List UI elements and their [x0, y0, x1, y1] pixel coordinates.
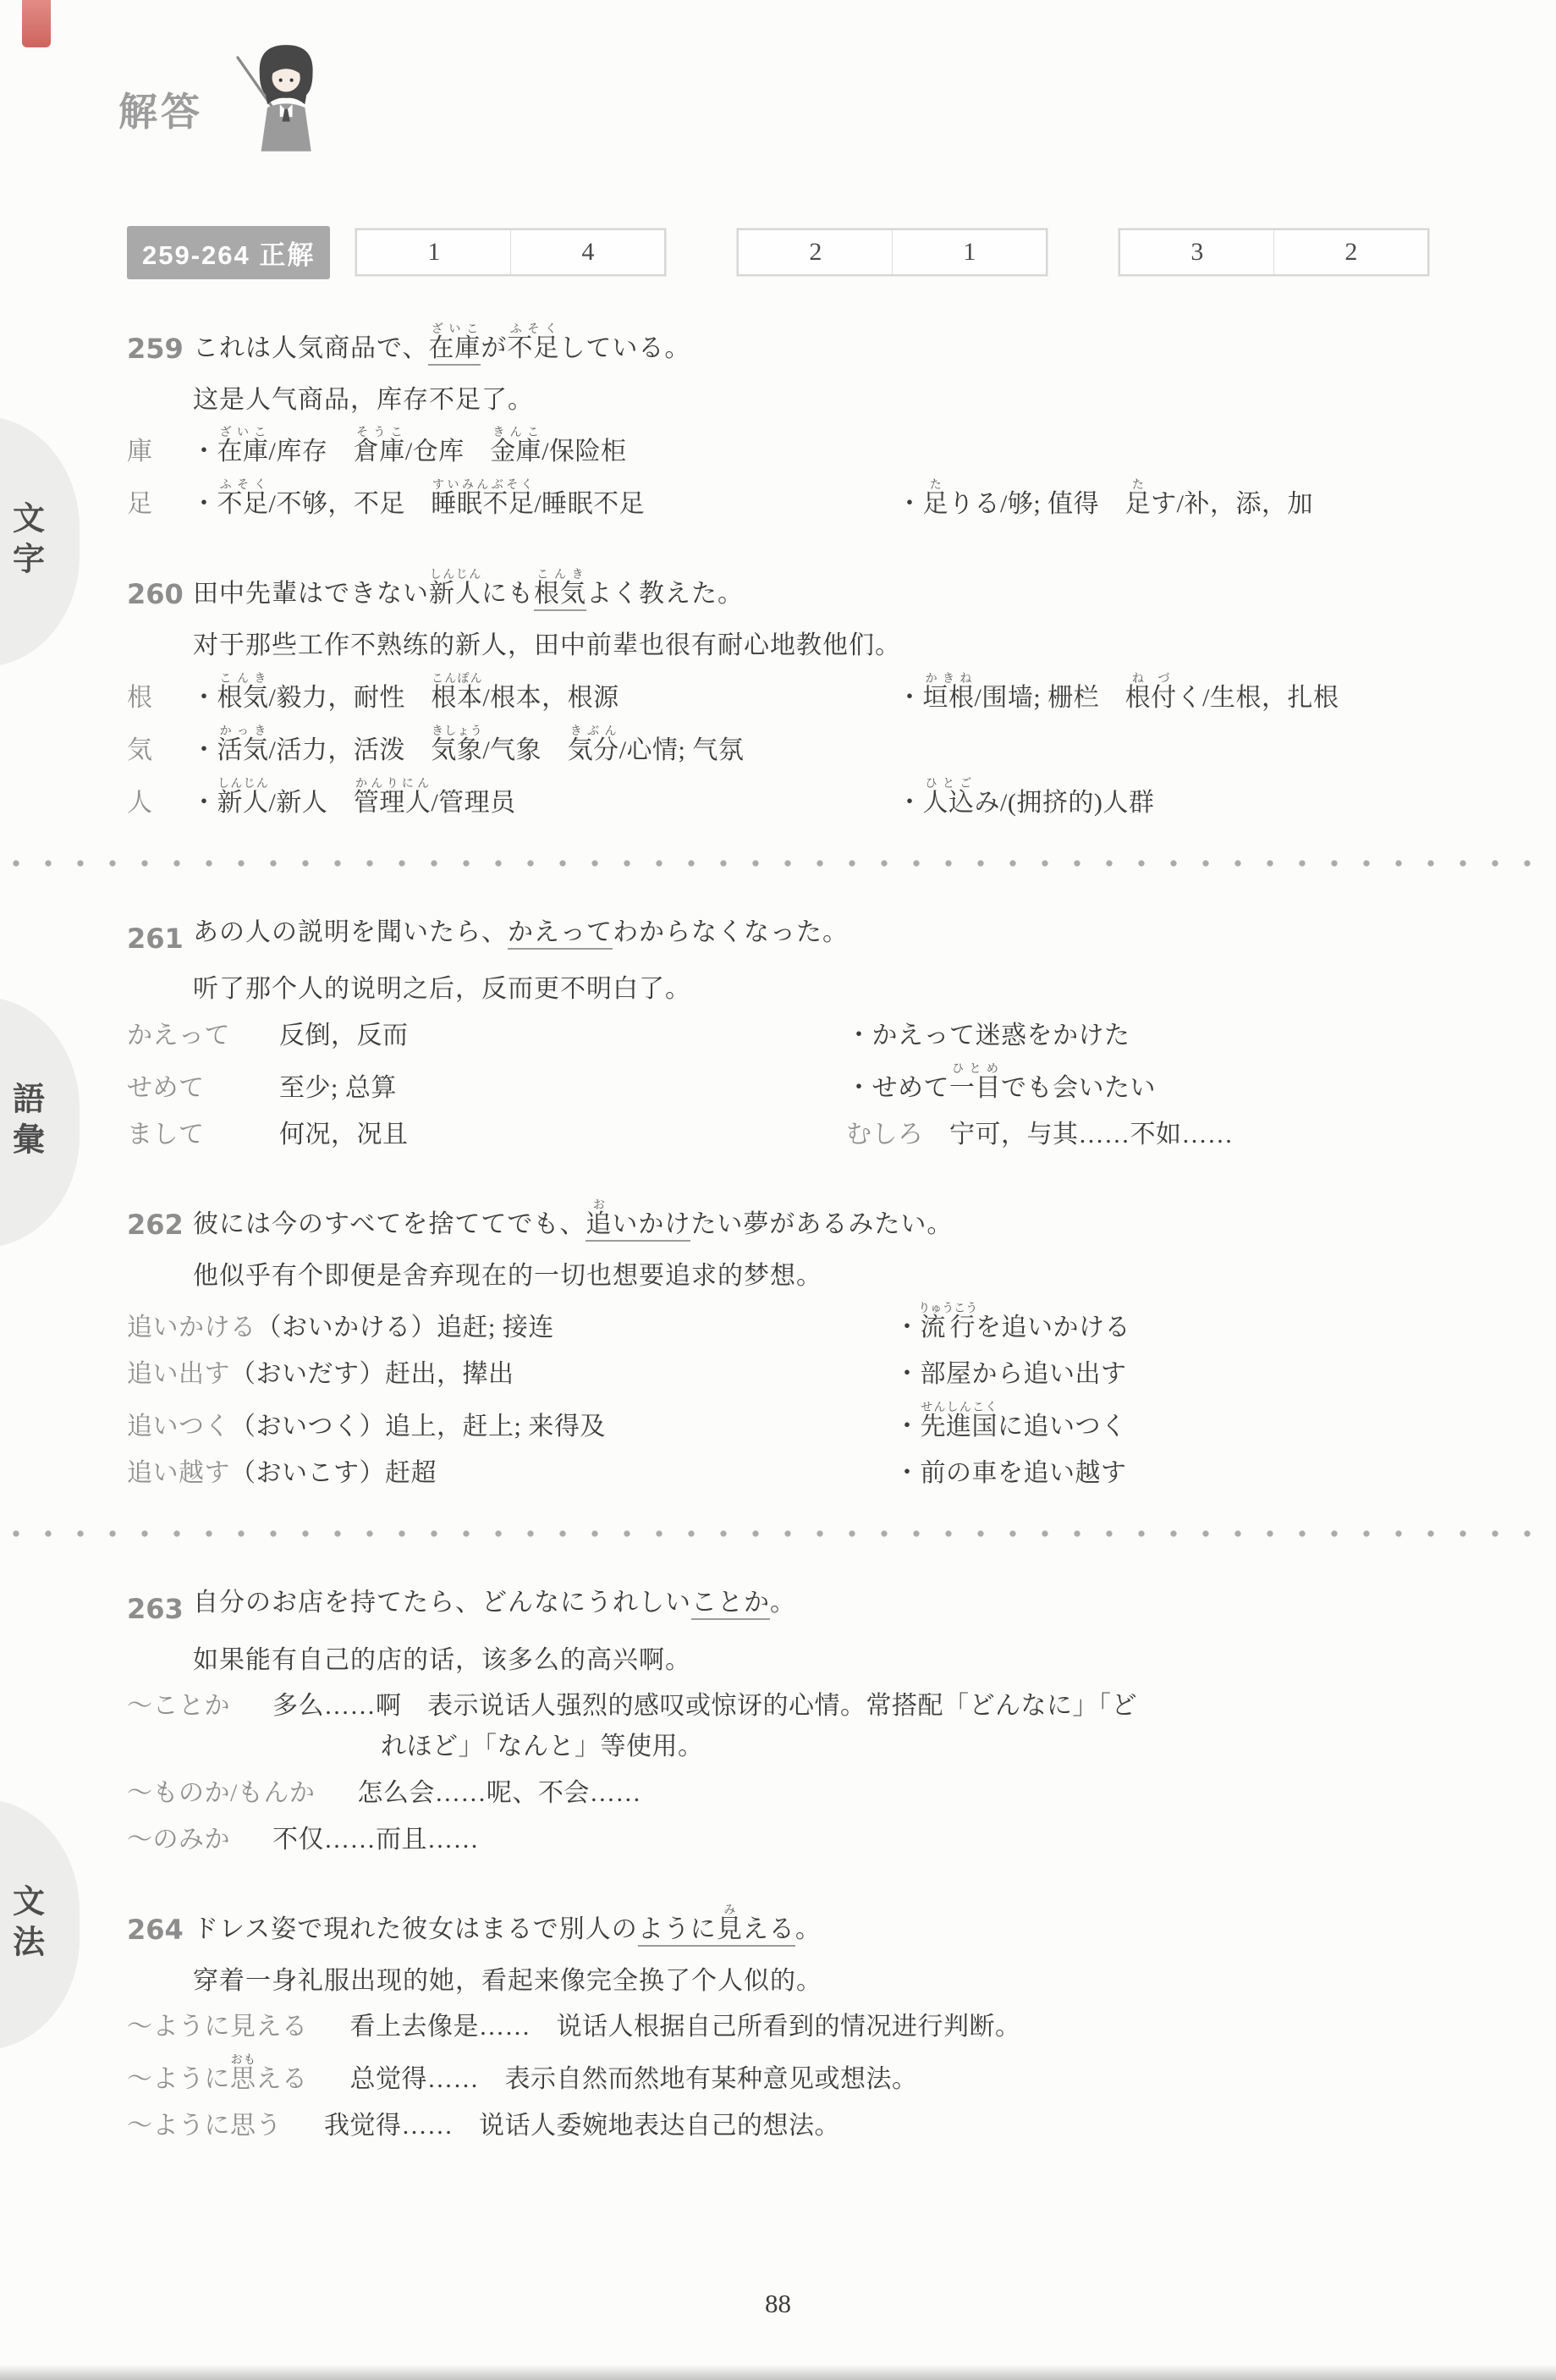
text-segment: 宁可，与其……不如…… — [924, 1121, 1234, 1149]
question-number: 262 — [127, 1199, 193, 1251]
text-segment: ・ — [191, 684, 217, 712]
ruby-word: 不足ふそく — [507, 334, 559, 362]
ruby-word: 垣根かきね — [923, 684, 975, 712]
text-segment: （おいかける）追赶; 接连 — [256, 1314, 554, 1342]
sidebar-tab-bunpo: 文法 — [0, 1799, 80, 2050]
vocab-example: ・前の車を追い越す — [894, 1454, 1517, 1492]
text-segment: 不仅……而且…… — [272, 1826, 479, 1854]
text-segment: せめて — [127, 1074, 205, 1102]
text-segment: れほど」「なんと」等使用。 — [381, 1733, 704, 1760]
text-segment: ・前の車を追い越す — [894, 1459, 1127, 1487]
text-segment: /不够，不足 — [269, 490, 432, 518]
vocab-row: ～のみか不仅……而且…… — [127, 1821, 1517, 1859]
vocab-headword: ～ように見える — [127, 2008, 308, 2046]
vocab-definition: 至少; 总算 — [279, 1069, 846, 1107]
question-line: 260田中先輩はできない新人しんじんにも根気こんきよく教えた。 — [127, 569, 1517, 620]
text-segment: す/补，添，加 — [1151, 490, 1313, 518]
chinese-translation: 这是人气商品，库存不足了。 — [193, 382, 1517, 419]
japanese-sentence: これは人気商品で、在庫ざいこが不足ふそくしている。 — [193, 323, 690, 367]
text-segment: /根本，根源 — [482, 684, 619, 712]
text-segment: かえって — [508, 918, 613, 950]
text-segment: わからなくなった。 — [613, 918, 849, 946]
section-263: 263自分のお店を持てたら、どんなにうれしいことか。如果能有自己的店的话，该多么… — [127, 1584, 1517, 1859]
sidebar-tab-label: 語彙 — [3, 1082, 49, 1163]
ruby-word: 在庫ざいこ — [428, 334, 481, 366]
text-segment: /毅力，耐性 — [269, 684, 432, 712]
answer-cell: 2 — [1273, 230, 1427, 274]
text-segment: 至少; 总算 — [279, 1074, 397, 1102]
chinese-translation: 对于那些工作不熟练的新人，田中前辈也很有耐心地教他们。 — [193, 627, 1517, 664]
vocab-definition: 何况，况且 — [279, 1116, 846, 1154]
text-segment: にも — [481, 580, 534, 608]
vocab-headword: かえって — [127, 1016, 279, 1055]
text-segment: /管理员 — [431, 789, 515, 817]
vocab-row: ～ことか多么……啊 表示说话人强烈的感叹或惊讶的心情。常搭配「どんなに」「ど — [127, 1687, 1517, 1725]
ruby-word: 足た — [923, 490, 949, 518]
ruby-word: 先進国せんしんこく — [921, 1413, 998, 1441]
vocab-headword: 気 — [127, 731, 191, 769]
text-segment: ように — [638, 1915, 717, 1947]
vocab-definition: 总觉得…… 表示自然而然地有某种意见或想法。 — [350, 2060, 1518, 2098]
text-segment: /新人 — [269, 789, 354, 817]
question-number: 260 — [127, 569, 193, 620]
vocab-headword: まして — [127, 1116, 279, 1154]
answer-cell: 2 — [739, 230, 892, 274]
text-segment: ・ — [897, 684, 923, 712]
text-segment: これは人気商品で、 — [193, 334, 428, 362]
text-segment: ～ように見える — [127, 2013, 308, 2041]
vocab-row: 根・根気こんき/毅力，耐性 根本こんぽん/根本，根源・垣根かきね/围墙; 栅栏 … — [127, 673, 1517, 717]
text-segment: 田中先輩はできない — [193, 580, 429, 608]
ruby-word: 金庫きんこ — [490, 438, 542, 466]
answer-header: 解答 — [118, 34, 389, 195]
section-261: 261あの人の説明を聞いたら、かえってわからなくなった。听了那个人的说明之后，反… — [127, 913, 1517, 1154]
vocab-row: 庫・在庫ざいこ/库存 倉庫そうこ/仓库 金庫きんこ/保险柜 — [127, 427, 1517, 471]
vocab-row: ～ように思おもえる总觉得…… 表示自然而然地有某种意见或想法。 — [127, 2054, 1517, 2098]
ruby-word: 根気こんき — [217, 684, 269, 712]
answer-group: 21 — [737, 229, 1047, 276]
text-segment: /睡眠不足 — [534, 490, 645, 518]
sections: 259これは人気商品で、在庫ざいこが不足ふそくしている。这是人气商品，库存不足了… — [127, 323, 1517, 2145]
chinese-translation: 听了那个人的说明之后，反而更不明白了。 — [193, 971, 1517, 1008]
vocab-definition: 反倒，反而 — [279, 1016, 846, 1055]
vocab-row: 人・新人しんじん/新人 管理人かんりにん/管理员・人込ひとごみ/(拥挤的)人群 — [127, 778, 1517, 822]
ruby-word: 新人しんじん — [429, 580, 481, 608]
question-line: 262彼には今のすべてを捨ててでも、追おいかけたい夢があるみたい。 — [127, 1199, 1517, 1251]
answer-range-badge: 259-264 正解 — [127, 226, 330, 279]
answer-cell: 3 — [1120, 230, 1273, 274]
page-number: 88 — [0, 2289, 1556, 2319]
ruby-word: 根本こんぽん — [431, 684, 482, 712]
vocab-row: せめて至少; 总算・せめて一目ひとめでも会いたい — [127, 1063, 1517, 1107]
text-segment: 追い出す — [127, 1360, 230, 1388]
japanese-sentence: 田中先輩はできない新人しんじんにも根気こんきよく教えた。 — [193, 569, 744, 613]
vocab-example: ・せめて一目ひとめでも会いたい — [846, 1063, 1517, 1107]
vocab-headword: ～ものか/もんか — [127, 1774, 315, 1812]
vocab-definition: 追いつく（おいつく）追上，赶上; 来得及 — [127, 1408, 894, 1446]
text-segment: ・ — [897, 789, 923, 817]
text-segment: ・ — [191, 736, 217, 764]
text-segment: く/生根，扎根 — [1177, 684, 1339, 712]
text-segment: 。 — [795, 1915, 822, 1943]
text-segment: （おいつく）追上，赶上; 来得及 — [230, 1413, 606, 1441]
text-segment: でも会いたい — [1001, 1074, 1156, 1102]
ruby-word: 人込ひとご — [923, 789, 975, 817]
text-segment: ことか — [691, 1589, 770, 1620]
chinese-translation: 穿着一身礼服出现的她，看起来像完全换了个人似的。 — [193, 1963, 1517, 2000]
vocab-example: ・人込ひとごみ/(拥挤的)人群 — [897, 778, 1517, 822]
text-segment: 我觉得…… 说话人委婉地表达自己的想法。 — [324, 2112, 840, 2140]
text-segment: ～ことか — [127, 1692, 230, 1720]
answer-key-row: 259-264 正解 142132 — [127, 227, 1517, 278]
text-segment: に追いつく — [998, 1413, 1127, 1441]
question-number: 261 — [127, 913, 193, 965]
ruby-word: 活気かっき — [217, 736, 269, 764]
ruby-word: 思おも — [230, 2065, 256, 2093]
vocab-definition: ・新人しんじん/新人 管理人かんりにん/管理员 — [191, 778, 897, 822]
scan-corner-mark — [22, 0, 51, 47]
vocab-definition: 我觉得…… 说话人委婉地表达自己的想法。 — [324, 2107, 1517, 2145]
vocab-row: 追いかける（おいかける）追赶; 接连・流行りゅうこうを追いかける — [127, 1303, 1517, 1347]
teacher-girl-icon — [227, 34, 328, 161]
ruby-word: 流行りゅうこう — [921, 1314, 976, 1342]
text-segment: ・ — [897, 490, 923, 518]
answer-cell: 1 — [357, 230, 510, 274]
text-segment: える — [256, 2065, 308, 2093]
vocab-headword: せめて — [127, 1069, 279, 1107]
vocab-example: ・垣根かきね/围墙; 栅栏 根付ねづく/生根，扎根 — [897, 673, 1517, 717]
ruby-word: 気象きしょう — [431, 736, 482, 764]
chinese-translation: 他似乎有个即便是舍弃现在的一切也想要追求的梦想。 — [193, 1258, 1517, 1295]
vocab-headword: ～ように思おもえる — [127, 2054, 308, 2098]
text-segment: を追いかける — [976, 1314, 1130, 1342]
text-segment: み/(拥挤的)人群 — [975, 789, 1155, 817]
question-number: 259 — [127, 323, 193, 375]
sidebar-tab-label: 文字 — [3, 501, 49, 582]
answer-cells: 142132 — [355, 229, 1429, 276]
text-segment: ・ — [191, 789, 217, 817]
answer-group: 32 — [1119, 229, 1429, 276]
text-segment: 自分のお店を持てたら、どんなにうれしい — [193, 1589, 691, 1617]
ruby-word: 見み — [717, 1915, 743, 1947]
vocab-row: 気・活気かっき/活力，活泼 気象きしょう/气象 気分きぶん/心情; 气氛 — [127, 725, 1517, 769]
vocab-row: 足・不足ふそく/不够，不足 睡眠不足すいみんぶそく/睡眠不足・足たりる/够; 值… — [127, 479, 1517, 523]
vocab-definition: 多么……啊 表示说话人强烈的感叹或惊讶的心情。常搭配「どんなに」「ど — [272, 1687, 1517, 1725]
text-segment: まして — [127, 1121, 205, 1149]
ruby-word: 追お — [586, 1210, 612, 1242]
vocab-headword: ～ことか — [127, 1687, 230, 1725]
text-segment: むしろ — [846, 1121, 924, 1149]
vocab-definition: ・根気こんき/毅力，耐性 根本こんぽん/根本，根源 — [191, 673, 897, 717]
vocab-example: ・先進国せんしんこくに追いつく — [894, 1402, 1517, 1446]
ruby-word: 一目ひとめ — [949, 1074, 1001, 1102]
vocab-row: 追い越す（おいこす）赶超・前の車を追い越す — [127, 1454, 1517, 1492]
text-segment: ・かえって迷惑をかけた — [846, 1022, 1130, 1050]
text-segment: 追いつく — [127, 1413, 230, 1441]
text-segment: （おいこす）赶超 — [230, 1459, 437, 1487]
answer-cell: 4 — [510, 230, 664, 274]
text-segment: かえって — [127, 1022, 230, 1050]
vocab-row: ～ように見える看上去像是…… 说话人根据自己所看到的情况进行判断。 — [127, 2008, 1517, 2046]
vocab-definition: 追い越す（おいこす）赶超 — [127, 1454, 894, 1492]
section-262: 262彼には今のすべてを捨ててでも、追おいかけたい夢があるみたい。他似乎有个即便… — [127, 1199, 1517, 1492]
ruby-word: 在庫ざいこ — [217, 438, 269, 466]
vocab-definition: 不仅……而且…… — [272, 1821, 1517, 1859]
text-segment: ～ものか/もんか — [127, 1779, 315, 1807]
text-segment: ・ — [894, 1413, 921, 1441]
text-segment: える — [743, 1915, 795, 1947]
vocab-definition: 追いかける（おいかける）追赶; 接连 — [127, 1308, 894, 1347]
question-line: 263自分のお店を持てたら、どんなにうれしいことか。 — [127, 1584, 1517, 1635]
text-segment: /活力，活泼 — [269, 736, 432, 764]
vocab-row: 追いつく（おいつく）追上，赶上; 来得及・先進国せんしんこくに追いつく — [127, 1402, 1517, 1446]
text-segment: 。 — [770, 1589, 796, 1617]
sidebar-tab-goi: 語彙 — [0, 997, 80, 1248]
text-segment: 彼には今のすべてを捨ててでも、 — [193, 1210, 586, 1238]
teacher-illustration — [227, 34, 328, 165]
text-segment: している。 — [559, 334, 690, 362]
text-segment: ～のみか — [127, 1826, 230, 1854]
text-segment: /气象 — [482, 736, 567, 764]
text-segment: ・ — [191, 438, 217, 466]
text-segment: りる/够; 值得 — [948, 490, 1125, 518]
vocab-definition-continued: れほど」「なんと」等使用。 — [381, 1728, 1517, 1766]
text-segment: /仓库 — [405, 438, 490, 466]
text-segment: ドレス姿で現れた彼女はまるで別人の — [193, 1915, 638, 1943]
text-segment: 多么……啊 表示说话人强烈的感叹或惊讶的心情。常搭配「どんなに」「ど — [272, 1692, 1137, 1720]
vocab-row: かえって反倒，反而・かえって迷惑をかけた — [127, 1016, 1517, 1055]
text-segment: よく教えた。 — [586, 580, 744, 608]
text-segment: ・せめて — [846, 1074, 949, 1102]
ruby-word: 管理人かんりにん — [354, 789, 432, 817]
question-line: 261あの人の説明を聞いたら、かえってわからなくなった。 — [127, 913, 1517, 965]
dotted-separator — [0, 1529, 1556, 1538]
text-segment: 总觉得…… 表示自然而然地有某种意见或想法。 — [350, 2065, 918, 2093]
vocab-row: ～ものか/もんか怎么会……呢、不会…… — [127, 1774, 1517, 1812]
vocab-example: ・部屋から追い出す — [894, 1355, 1517, 1393]
chinese-translation: 如果能有自己的店的话，该多么的高兴啊。 — [193, 1642, 1517, 1679]
vocab-definition: ・活気かっき/活力，活泼 気象きしょう/气象 気分きぶん/心情; 气氛 — [191, 725, 1517, 769]
vocab-row: 追い出す（おいだす）赶出，撵出・部屋から追い出す — [127, 1355, 1517, 1393]
text-segment: ・部屋から追い出す — [894, 1360, 1127, 1388]
text-segment: ・ — [894, 1314, 921, 1342]
ruby-word: 根付ねづ — [1125, 684, 1177, 712]
vocab-example: ・かえって迷惑をかけた — [846, 1016, 1517, 1055]
ruby-word: 倉庫そうこ — [354, 438, 405, 466]
text-segment: ・ — [191, 490, 217, 518]
answer-cell: 1 — [892, 230, 1046, 274]
vocab-example: むしろ 宁可，与其……不如…… — [846, 1116, 1517, 1154]
page-content: 259-264 正解 142132 259これは人気商品で、在庫ざいこが不足ふそ… — [127, 227, 1517, 2145]
sidebar-tab-label: 文法 — [3, 1884, 49, 1965]
japanese-sentence: 自分のお店を持てたら、どんなにうれしいことか。 — [193, 1584, 796, 1622]
text-segment: ～ように — [127, 2065, 230, 2093]
vocab-headword: 庫 — [127, 432, 191, 471]
text-segment: /保险柜 — [542, 438, 626, 466]
ruby-word: 足た — [1125, 490, 1152, 518]
dotted-separator — [0, 859, 1556, 868]
text-segment: /库存 — [269, 438, 354, 466]
vocab-row: ～ように思う我觉得…… 说话人委婉地表达自己的想法。 — [127, 2107, 1517, 2145]
vocab-example: ・流行りゅうこうを追いかける — [894, 1303, 1517, 1347]
ruby-word: 睡眠不足すいみんぶそく — [431, 490, 534, 518]
section-259: 259これは人気商品で、在庫ざいこが不足ふそくしている。这是人气商品，库存不足了… — [127, 323, 1517, 523]
sidebar-tab-moji: 文字 — [0, 416, 80, 667]
text-segment: あの人の説明を聞いたら、 — [193, 918, 508, 946]
text-segment: 怎么会……呢、不会…… — [357, 1779, 641, 1807]
vocab-definition: 怎么会……呢、不会…… — [357, 1774, 1517, 1812]
japanese-sentence: 彼には今のすべてを捨ててでも、追おいかけたい夢があるみたい。 — [193, 1199, 953, 1243]
text-segment: /围墙; 栅栏 — [975, 684, 1125, 712]
vocab-definition: ・在庫ざいこ/库存 倉庫そうこ/仓库 金庫きんこ/保险柜 — [191, 427, 1517, 471]
text-segment: 何况，况且 — [279, 1121, 409, 1149]
japanese-sentence: ドレス姿で現れた彼女はまるで別人のように見みえる。 — [193, 1904, 822, 1948]
text-segment: たい夢があるみたい。 — [690, 1210, 953, 1238]
text-segment: 看上去像是…… 说话人根据自己所看到的情况进行判断。 — [350, 2013, 1021, 2041]
question-number: 264 — [127, 1904, 193, 1956]
vocab-definition: 看上去像是…… 说话人根据自己所看到的情况进行判断。 — [350, 2008, 1518, 2046]
section-260: 260田中先輩はできない新人しんじんにも根気こんきよく教えた。对于那些工作不熟练… — [127, 569, 1517, 821]
vocab-headword: 人 — [127, 784, 191, 822]
ruby-word: 気分きぶん — [568, 736, 619, 764]
vocab-headword: 根 — [127, 679, 191, 717]
text-segment: 追い越す — [127, 1459, 230, 1487]
japanese-sentence: あの人の説明を聞いたら、かえってわからなくなった。 — [193, 913, 849, 951]
ruby-word: 根気こんき — [534, 580, 586, 611]
text-segment: いかけ — [612, 1210, 690, 1242]
text-segment: 追いかける — [127, 1314, 256, 1342]
vocab-example: ・足たりる/够; 值得 足たす/补，添，加 — [897, 479, 1517, 523]
vocab-definition: 追い出す（おいだす）赶出，撵出 — [127, 1355, 894, 1393]
vocab-row: まして何况，况且むしろ 宁可，与其……不如…… — [127, 1116, 1517, 1154]
vocab-headword: 足 — [127, 485, 191, 523]
question-number: 263 — [127, 1584, 193, 1635]
text-segment: /心情; 气氛 — [619, 736, 745, 764]
vocab-definition: ・不足ふそく/不够，不足 睡眠不足すいみんぶそく/睡眠不足 — [191, 479, 897, 523]
vocab-headword: ～のみか — [127, 1821, 230, 1859]
text-segment: 反倒，反而 — [279, 1022, 409, 1050]
text-segment: （おいだす）赶出，撵出 — [230, 1360, 514, 1388]
ruby-word: 不足ふそく — [217, 490, 269, 518]
text-segment: ～ように思う — [127, 2112, 282, 2140]
vocab-headword: ～ように思う — [127, 2107, 282, 2145]
scan-bottom-edge — [0, 2365, 1556, 2380]
ruby-word: 新人しんじん — [217, 789, 269, 817]
section-264: 264ドレス姿で現れた彼女はまるで別人のように見みえる。穿着一身礼服出现的她，看… — [127, 1904, 1517, 2145]
text-segment: が — [481, 334, 507, 362]
answer-group: 14 — [355, 229, 666, 276]
question-line: 259これは人気商品で、在庫ざいこが不足ふそくしている。 — [127, 323, 1517, 375]
question-line: 264ドレス姿で現れた彼女はまるで別人のように見みえる。 — [127, 1904, 1517, 1956]
answer-section-title: 解答 — [118, 81, 203, 137]
